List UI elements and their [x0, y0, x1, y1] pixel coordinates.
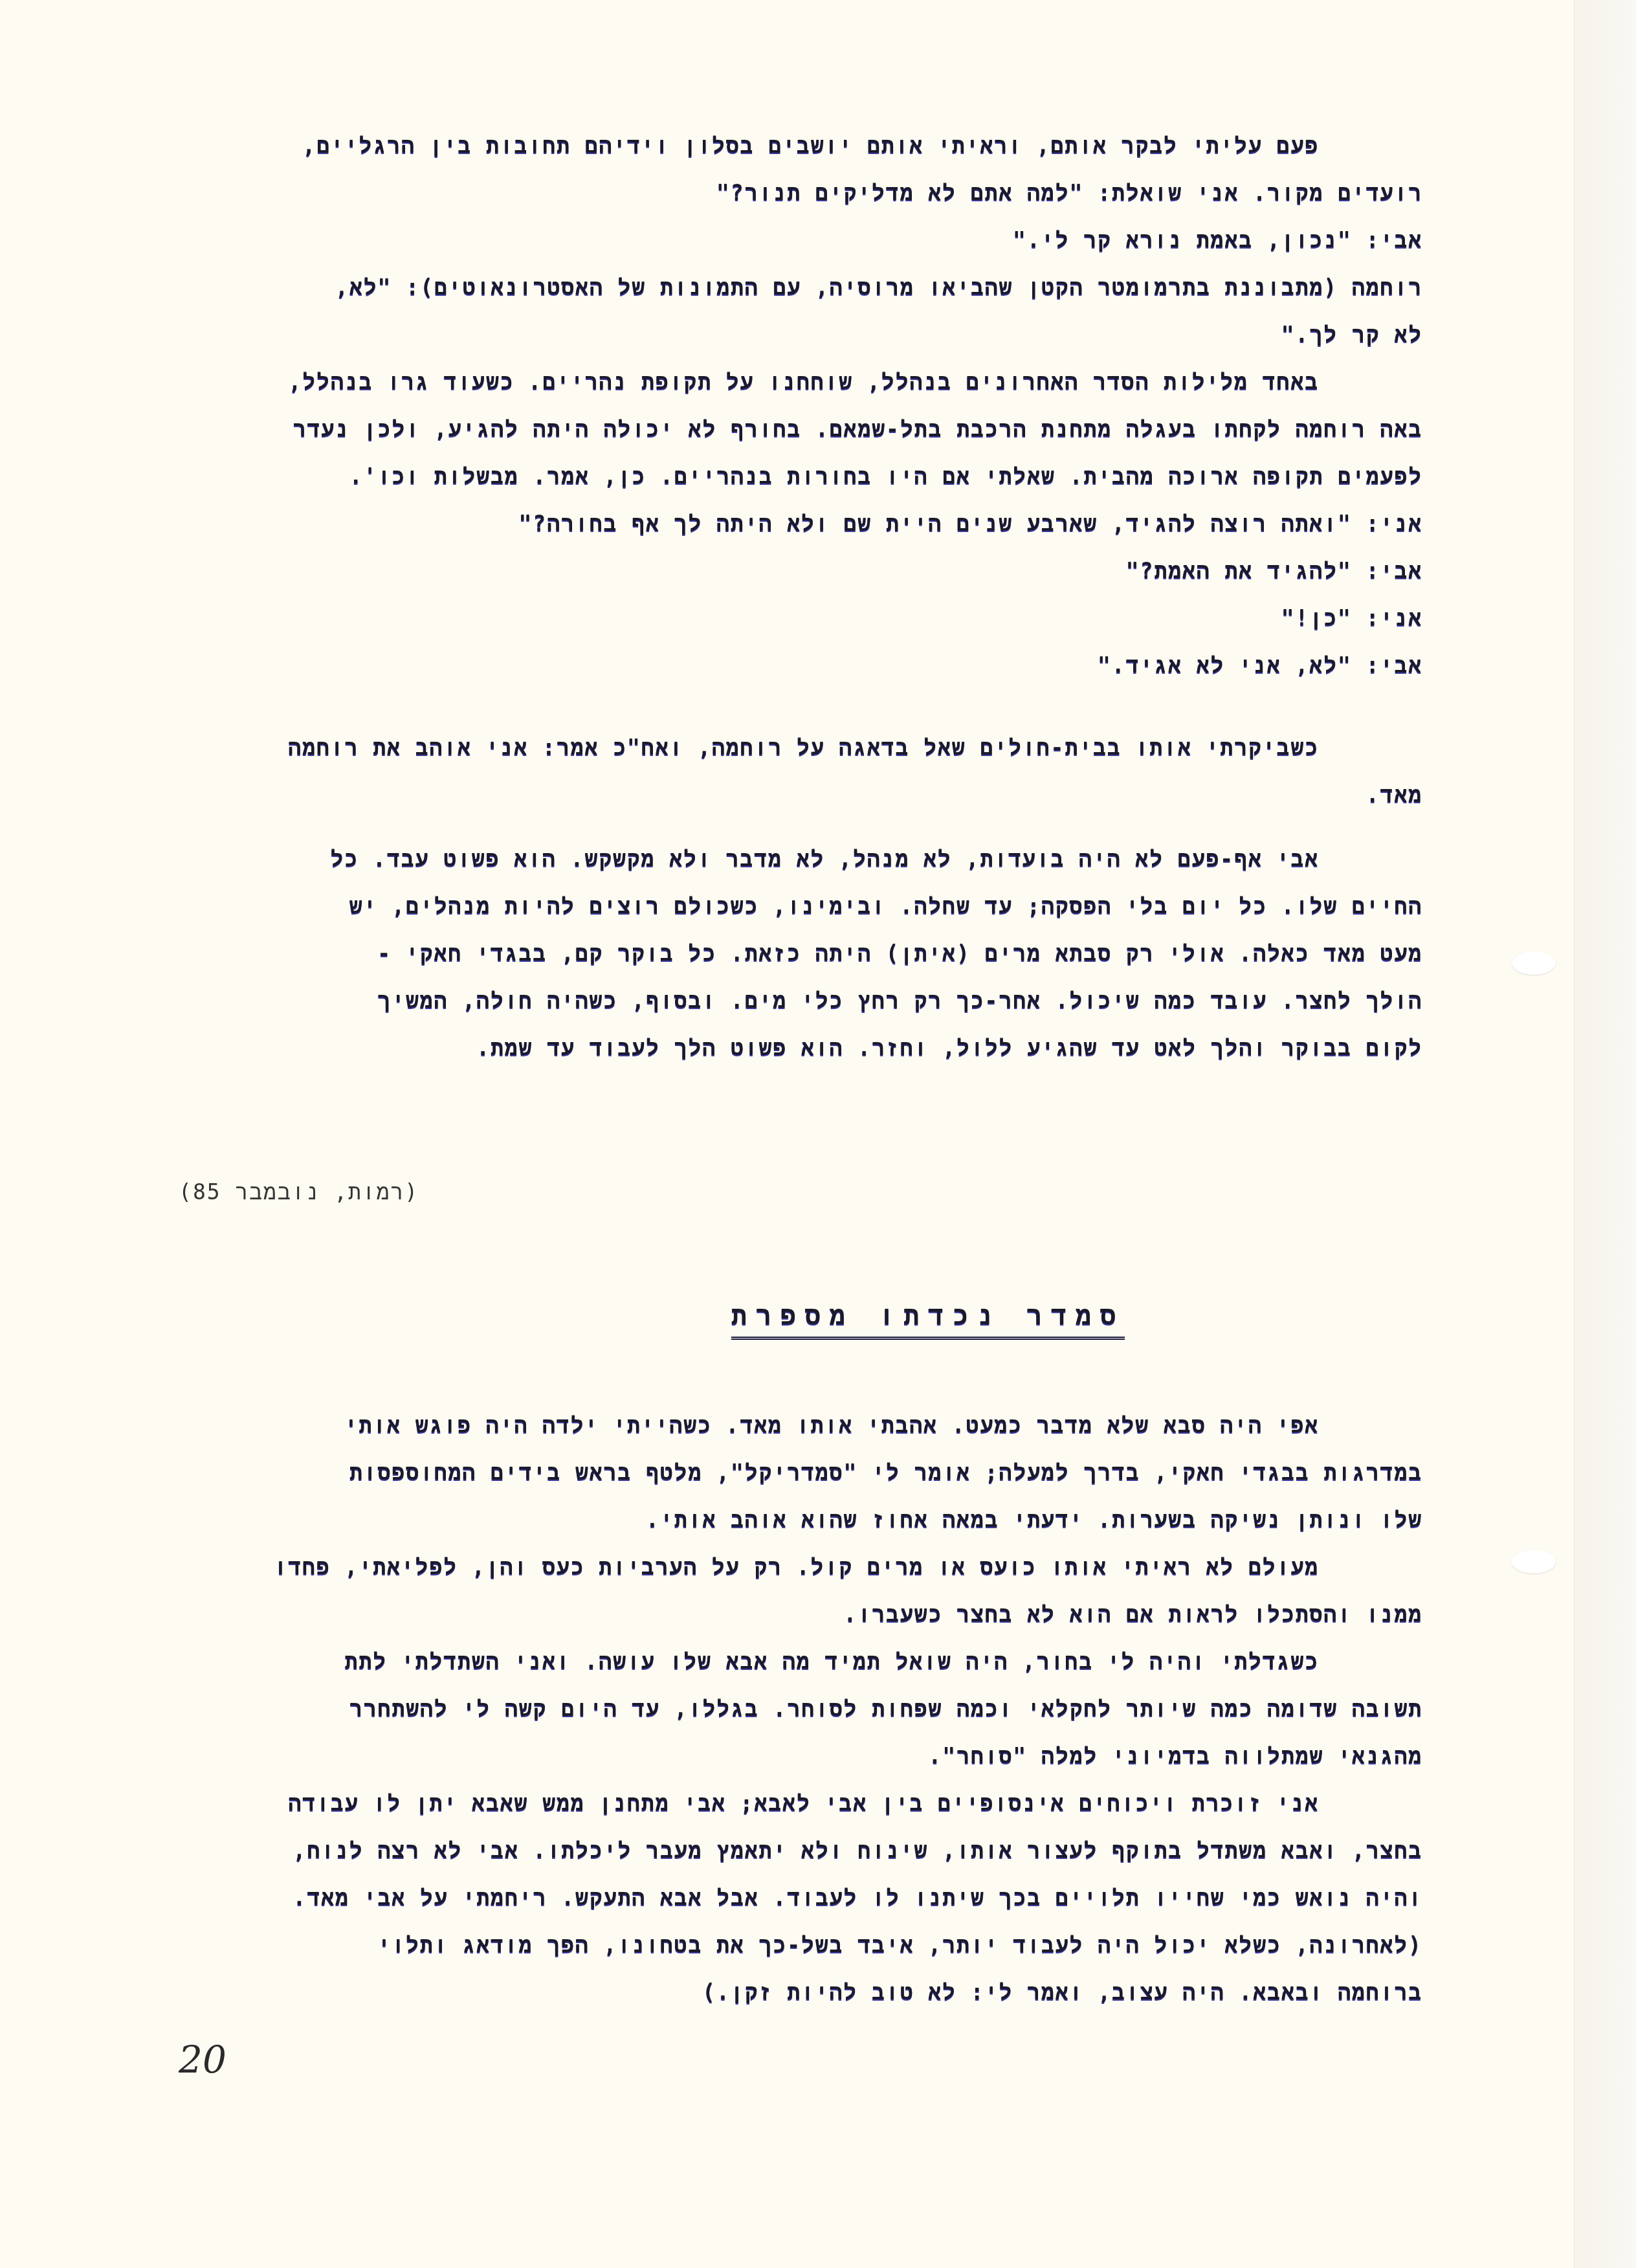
text-line: מעולם לא ראיתי אותו כועס או מרים קול. רק… — [274, 1543, 1422, 1590]
text-line: כשביקרתי אותו בבית-חולים שאל בדאגה על רו… — [288, 724, 1422, 771]
granddaughter-text: אפי היה סבא שלא מדבר כמעט. אהבתי אותו מא… — [274, 1401, 1422, 2016]
text-line: אני זוכרת ויכוחים אינסופיים בין אבי לאבא… — [274, 1779, 1422, 1827]
text-line: ממנו והסתכלו לראות אם הוא לא בחצר כשעברו… — [274, 1590, 1422, 1638]
text-line: פעם עליתי לבקר אותם, וראיתי אותם יושבים … — [288, 122, 1422, 169]
text-line: אבי: "להגיד את האמת?" — [288, 547, 1422, 594]
punch-hole — [1512, 951, 1556, 975]
text-line: (לאחרונה, כשלא יכול היה לעבוד יותר, איבד… — [274, 1921, 1422, 1968]
text-line: מהגנאי שמתלווה בדמיוני למלה "סוחר". — [274, 1732, 1422, 1779]
text-line: אבי אף-פעם לא היה בועדות, לא מנהל, לא מד… — [331, 835, 1422, 882]
text-line: שלו ונותן נשיקה בשערות. ידעתי במאה אחוז … — [274, 1496, 1422, 1543]
text-line: אפי היה סבא שלא מדבר כמעט. אהבתי אותו מא… — [274, 1401, 1422, 1449]
text-line: ברוחמה ובאבא. היה עצוב, ואמר לי: לא טוב … — [274, 1968, 1422, 2016]
text-line: לקום בבוקר והלך לאט עד שהגיע ללול, וחזר.… — [331, 1024, 1422, 1071]
text-line: לא קר לך." — [288, 311, 1422, 358]
text-line: תשובה שדומה כמה שיותר לחקלאי וכמה שפחות … — [274, 1685, 1422, 1732]
text-line: באה רוחמה לקחתו בעגלה מתחנת הרכבת בתל-שמ… — [288, 405, 1422, 452]
text-line: לפעמים תקופה ארוכה מהבית. שאלתי אם היו ב… — [288, 452, 1422, 500]
text-line: אני: "כן!" — [288, 594, 1422, 641]
text-line: במדרגות בבגדי חאקי, בדרך למעלה; אומר לי … — [274, 1449, 1422, 1496]
dateline: (רמות, נובמבר 85) — [179, 1179, 419, 1206]
text-line: אני: "ואתה רוצה להגיד, שארבע שנים היית ש… — [288, 500, 1422, 547]
text-line: רוחמה (מתבוננת בתרמומטר הקטן שהביאו מרוס… — [288, 263, 1422, 311]
text-line: מעט מאד כאלה. אולי רק סבתא מרים (איתן) ה… — [331, 929, 1422, 977]
text-line: רועדים מקור. אני שואלת: "למה אתם לא מדלי… — [288, 169, 1422, 216]
text-line: החיים שלו. כל יום בלי הפסקה; עד שחלה. וב… — [331, 882, 1422, 929]
dialogue-block: פעם עליתי לבקר אותם, וראיתי אותם יושבים … — [288, 122, 1422, 689]
hospital-paragraph: כשביקרתי אותו בבית-חולים שאל בדאגה על רו… — [288, 724, 1422, 818]
text-line: אבי: "לא, אני לא אגיד." — [288, 641, 1422, 689]
text-line: והיה נואש כמי שחייו תלויים בכך שיתנו לו … — [274, 1874, 1422, 1921]
work-paragraph: אבי אף-פעם לא היה בועדות, לא מנהל, לא מד… — [331, 835, 1422, 1071]
section-title: סמדר נכדתו מספרת — [731, 1301, 1125, 1340]
text-line: מאד. — [288, 771, 1422, 818]
punch-hole — [1512, 1550, 1556, 1573]
text-line: באחד מלילות הסדר האחרונים בנהלל, שוחחנו … — [288, 358, 1422, 405]
text-line: בחצר, ואבא משתדל בתוקף לעצור אותו, שינוח… — [274, 1827, 1422, 1874]
text-line: אבי: "נכון, באמת נורא קר לי." — [288, 216, 1422, 263]
text-line: כשגדלתי והיה לי בחור, היה שואל תמיד מה א… — [274, 1638, 1422, 1685]
text-line: הולך לחצר. עובד כמה שיכול. אחר-כך רק רחץ… — [331, 977, 1422, 1024]
page-number: 20 — [179, 2038, 227, 2082]
page-edge-shade — [1574, 0, 1636, 2268]
